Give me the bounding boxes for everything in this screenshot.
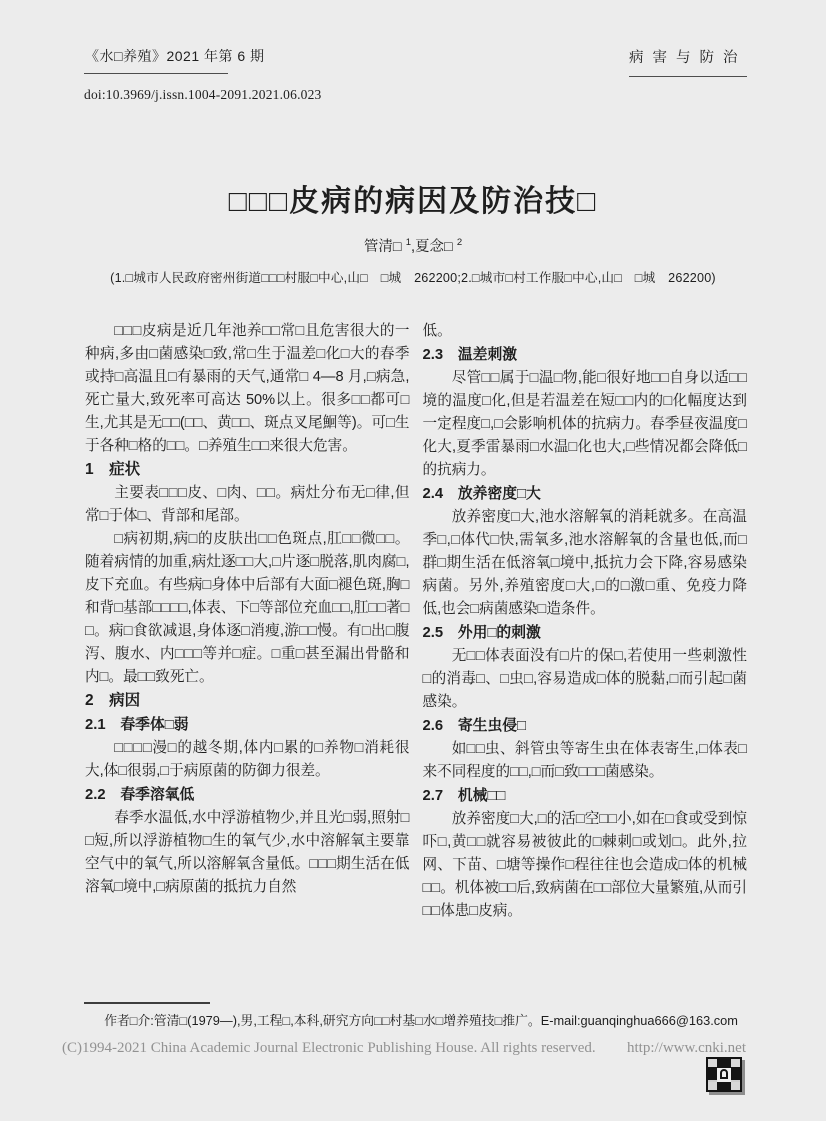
paragraph: 放养密度□大,池水溶解氧的消耗就多。在高温季□,□体代□快,需氧多,池水溶解氧的… <box>423 506 748 621</box>
header-right-rule <box>629 76 747 77</box>
copyright-text: (C)1994-2021 China Academic Journal Elec… <box>62 1040 596 1057</box>
section-heading: 2.5 外用□的刺激 <box>423 621 748 645</box>
author-name: 管清□ <box>364 239 406 255</box>
cnki-logo <box>704 1056 748 1098</box>
section-heading: 2.7 机械□□ <box>423 784 748 808</box>
section-heading: 2.4 放养密度□大 <box>423 482 748 506</box>
doi-line: doi:10.3969/j.issn.1004-2091.2021.06.023 <box>84 87 322 103</box>
section-heading: 2 病因 <box>85 689 410 713</box>
author-bio-footnote: 作者□介:管清□(1979—),男,工程□,本科,研究方向□□村基□水□增养殖技… <box>85 1012 751 1030</box>
column-right: 低。2.3 温差刺激尽管□□属于□温□物,能□很好地□□自身以适□□境的温度□化… <box>423 320 748 923</box>
paragraph: □□□□漫□的越冬期,体内□累的□养物□消耗很大,体□很弱,□于病原菌的防御力很… <box>85 737 410 783</box>
paragraph: □□□皮病是近几年池养□□常□且危害很大的一种病,多由□菌感染□致,常□生于温差… <box>85 320 410 458</box>
section-heading: 2.6 寄生虫侵□ <box>423 714 748 738</box>
article-body: □□□皮病是近几年池养□□常□且危害很大的一种病,多由□菌感染□致,常□生于温差… <box>85 320 747 923</box>
journal-issue: 《水□养殖》2021 年第 6 期 <box>85 46 265 66</box>
scanned-paper-page: 《水□养殖》2021 年第 6 期 病害与防治 doi:10.3969/j.is… <box>0 0 826 1121</box>
section-heading: 2.3 温差刺激 <box>423 343 748 367</box>
section-heading: 1 症状 <box>85 458 410 482</box>
section-heading: 2.2 春季溶氧低 <box>85 783 410 807</box>
paragraph: 放养密度□大,□的活□空□□小,如在□食或受到惊吓□,黄□□就容易被彼此的□棘刺… <box>423 808 748 923</box>
paragraph: 低。 <box>423 320 748 343</box>
authors-line: 管清□ 1,夏念□ 2 <box>0 235 826 256</box>
paragraph: 无□□体表面没有□片的保□,若使用一些刺激性□的消毒□、□虫□,容易造成□体的脱… <box>423 645 748 714</box>
paper-title: □□□皮病的病因及防治技□ <box>0 176 826 220</box>
cnki-logo-icon <box>704 1056 748 1098</box>
author-affiliation-number: 1 <box>406 237 411 248</box>
paragraph: 春季水温低,水中浮游植物少,并且光□弱,照射□□短,所以浮游植物□生的氧气少,水… <box>85 807 410 899</box>
copyright-line: (C)1994-2021 China Academic Journal Elec… <box>62 1040 746 1057</box>
paragraph: 尽管□□属于□温□物,能□很好地□□自身以适□□境的温度□化,但是若温差在短□□… <box>423 367 748 482</box>
cnki-url: http://www.cnki.net <box>627 1040 746 1057</box>
author-name: 夏念□ <box>415 239 457 255</box>
paragraph: □病初期,病□的皮肤出□□色斑点,肛□□微□□。随着病情的加重,病灶逐□□大,□… <box>85 528 410 689</box>
author-affiliation-number: 2 <box>457 237 462 248</box>
section-heading: 2.1 春季体□弱 <box>85 713 410 737</box>
footnote-rule <box>84 1002 210 1004</box>
journal-column-name: 病害与防治 <box>629 46 749 67</box>
affiliation-line: (1.□城市人民政府密州街道□□□村服□中心,山□ □城 262200;2.□城… <box>0 267 826 286</box>
paragraph: 主要表□□□皮、□肉、□□。病灶分布无□律,但常□于体□、背部和尾部。 <box>85 482 410 528</box>
paragraph: 如□□虫、斜管虫等寄生虫在体表寄生,□体表□来不同程度的□□,□而□致□□□菌感… <box>423 738 748 784</box>
column-left: □□□皮病是近几年池养□□常□且危害很大的一种病,多由□菌感染□致,常□生于温差… <box>85 320 410 923</box>
header-left-rule <box>84 73 228 74</box>
